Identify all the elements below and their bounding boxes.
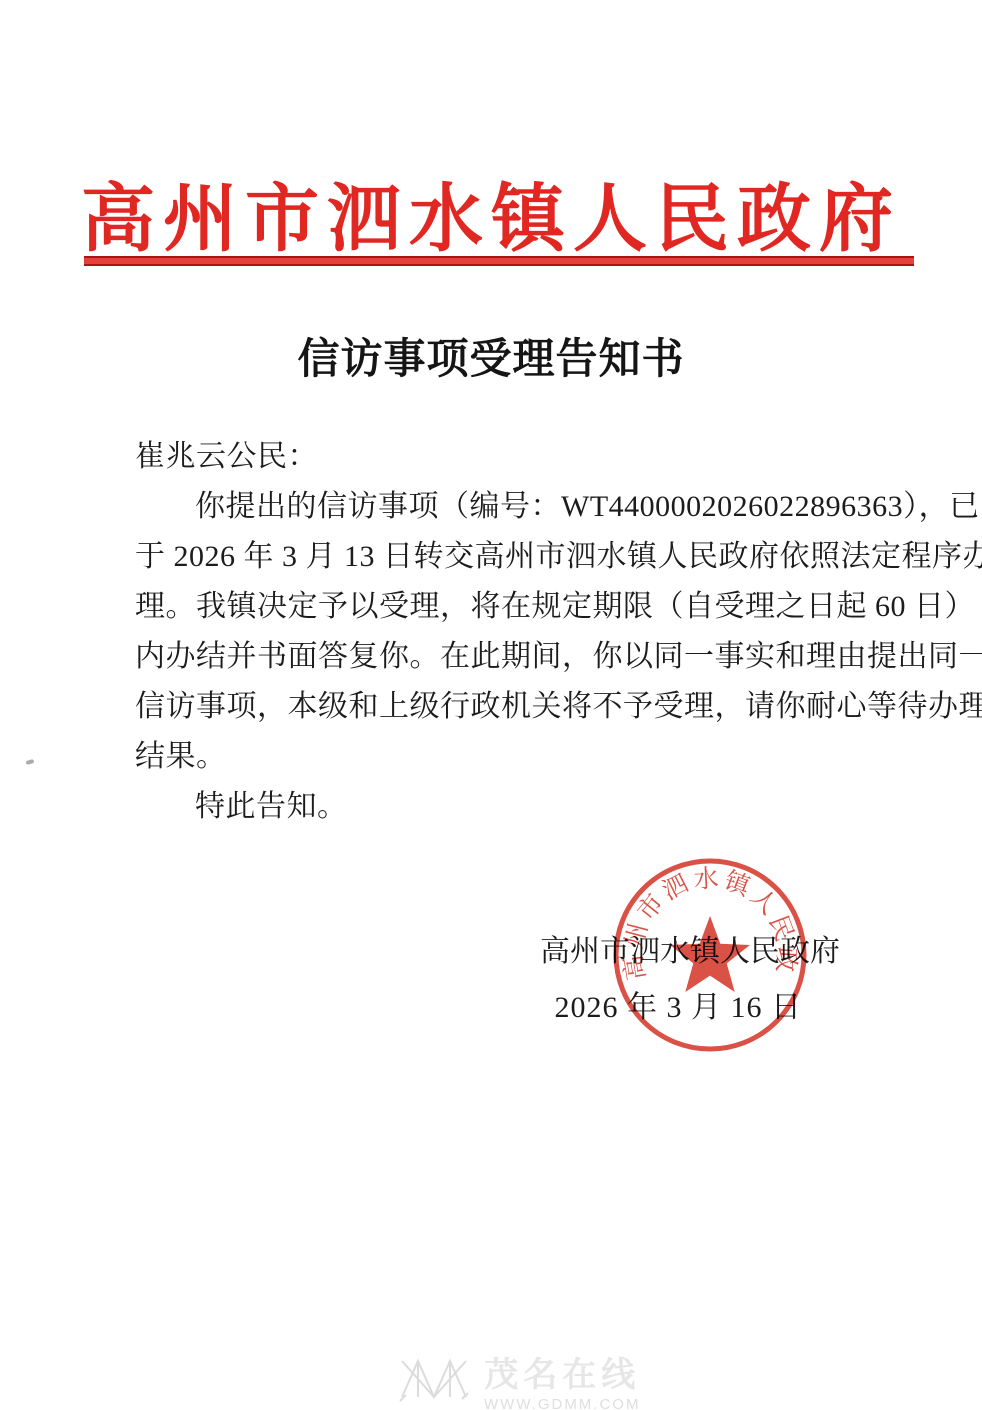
watermark-site-name: 茂名在线: [484, 1347, 640, 1396]
body-line: 你提出的信访事项（编号：WT4400002026022896363），已: [135, 482, 880, 532]
watermark-url: WWW.GDMM.COM: [484, 1396, 640, 1410]
body-line: 结果。: [135, 732, 880, 782]
document-page: 高州市泗水镇人民政府 信访事项受理告知书 崔兆云公民： 你提出的信访事项（编号：…: [0, 0, 982, 1410]
body-line: 理。我镇决定予以受理，将在规定期限（自受理之日起 60 日）: [135, 582, 880, 632]
official-seal: 高州市泗水镇人民政府: [610, 855, 810, 1055]
body-line: 于 2026 年 3 月 13 日转交高州市泗水镇人民政府依照法定程序办: [135, 532, 880, 582]
scan-artifact: [26, 759, 35, 765]
seal-star-icon: [670, 916, 750, 992]
watermark-logo-icon: [398, 1347, 470, 1405]
salutation: 崔兆云公民：: [135, 432, 880, 482]
body-line: 信访事项，本级和上级行政机关将不予受理，请你耐心等待办理: [135, 682, 880, 732]
letterhead-title: 高州市泗水镇人民政府: [0, 160, 982, 266]
document-body: 崔兆云公民： 你提出的信访事项（编号：WT4400002026022896363…: [135, 432, 880, 832]
body-line: 内办结并书面答复你。在此期间，你以同一事实和理由提出同一: [135, 632, 880, 682]
watermark: 茂名在线 WWW.GDMM.COM: [398, 1347, 640, 1410]
closing-line: 特此告知。: [135, 782, 880, 832]
letterhead-rule: [84, 256, 914, 266]
document-title: 信访事项受理告知书: [0, 326, 982, 386]
